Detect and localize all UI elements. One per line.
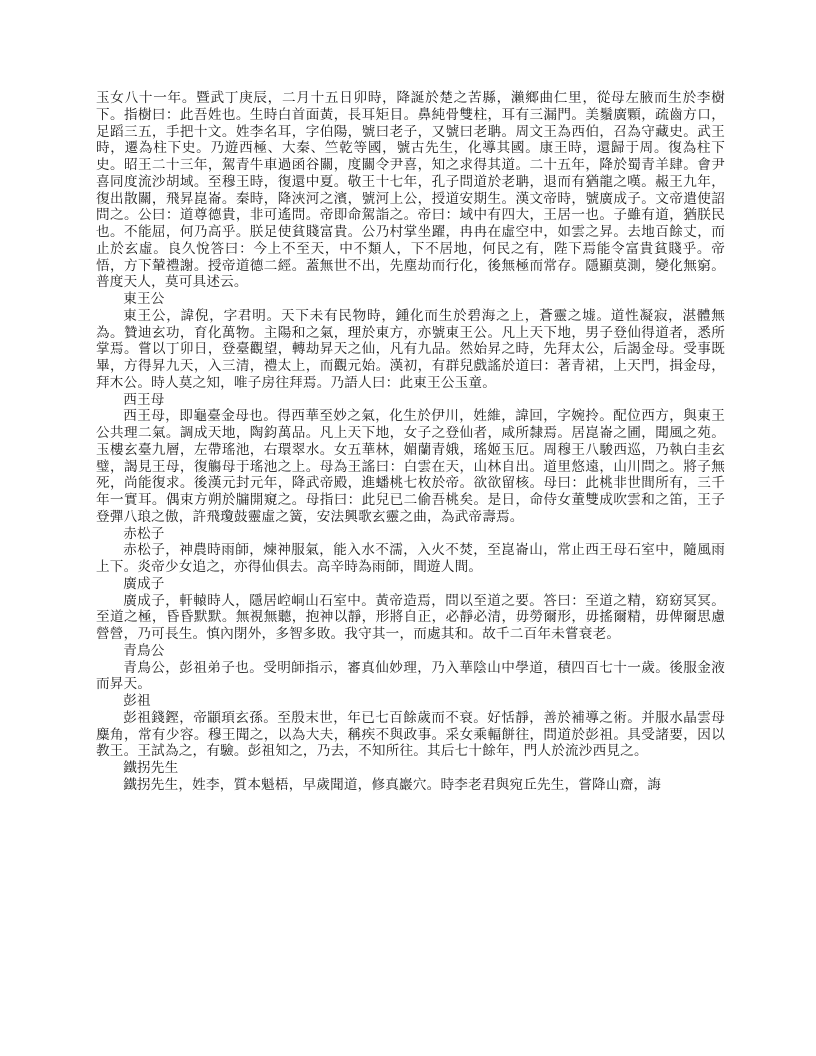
section-heading: 鐵拐先生 [96, 760, 725, 777]
section-heading: 西王母 [96, 392, 725, 409]
body-paragraph: 西王母，即龜臺金母也。得西華至妙之氣，化生於伊川，姓維，諱回，字婉拎。配位西方，… [96, 408, 725, 525]
body-paragraph: 東王公，諱倪，字君明。天下未有民物時，鍾化而生於碧海之上，蒼靈之墟。道性凝寂，湛… [96, 308, 725, 392]
body-paragraph: 玉女八十一年。暨武丁庚辰，二月十五日卯時，降誕於楚之苦縣，瀨鄉曲仁里，從母左腋而… [96, 90, 725, 291]
section-heading: 青鳥公 [96, 643, 725, 660]
body-paragraph: 廣成子，軒轅時人，隱居崆峒山石室中。黃帝造焉，問以至道之要。答曰：至道之精，窈窈… [96, 593, 725, 643]
body-paragraph: 鐵拐先生，姓李，質本魁梧，早歲聞道，修真巖穴。時李老君與宛丘先生，嘗降山齋，誨 [96, 777, 725, 794]
section-heading: 彭祖 [96, 693, 725, 710]
text-body: 玉女八十一年。暨武丁庚辰，二月十五日卯時，降誕於楚之苦縣，瀨鄉曲仁里，從母左腋而… [96, 90, 725, 970]
section-heading: 廣成子 [96, 576, 725, 593]
section-heading: 東王公 [96, 291, 725, 308]
body-paragraph: 赤松子，神農時雨師，煉神服氣，能入水不濡，入火不焚，至崑崙山，常止西王母石室中，… [96, 542, 725, 576]
document-page: 玉女八十一年。暨武丁庚辰，二月十五日卯時，降誕於楚之苦縣，瀨鄉曲仁里，從母左腋而… [0, 0, 816, 1056]
body-paragraph: 彭祖錢鏗，帝顓頊玄孫。至殷末世，年已七百餘歲而不衰。好恬靜，善於補導之術。并服水… [96, 710, 725, 760]
body-paragraph: 青鳥公，彭祖弟子也。受明師指示，審真仙妙理，乃入華陰山中學道，積四百七十一歲。後… [96, 660, 725, 694]
section-heading: 赤松子 [96, 526, 725, 543]
